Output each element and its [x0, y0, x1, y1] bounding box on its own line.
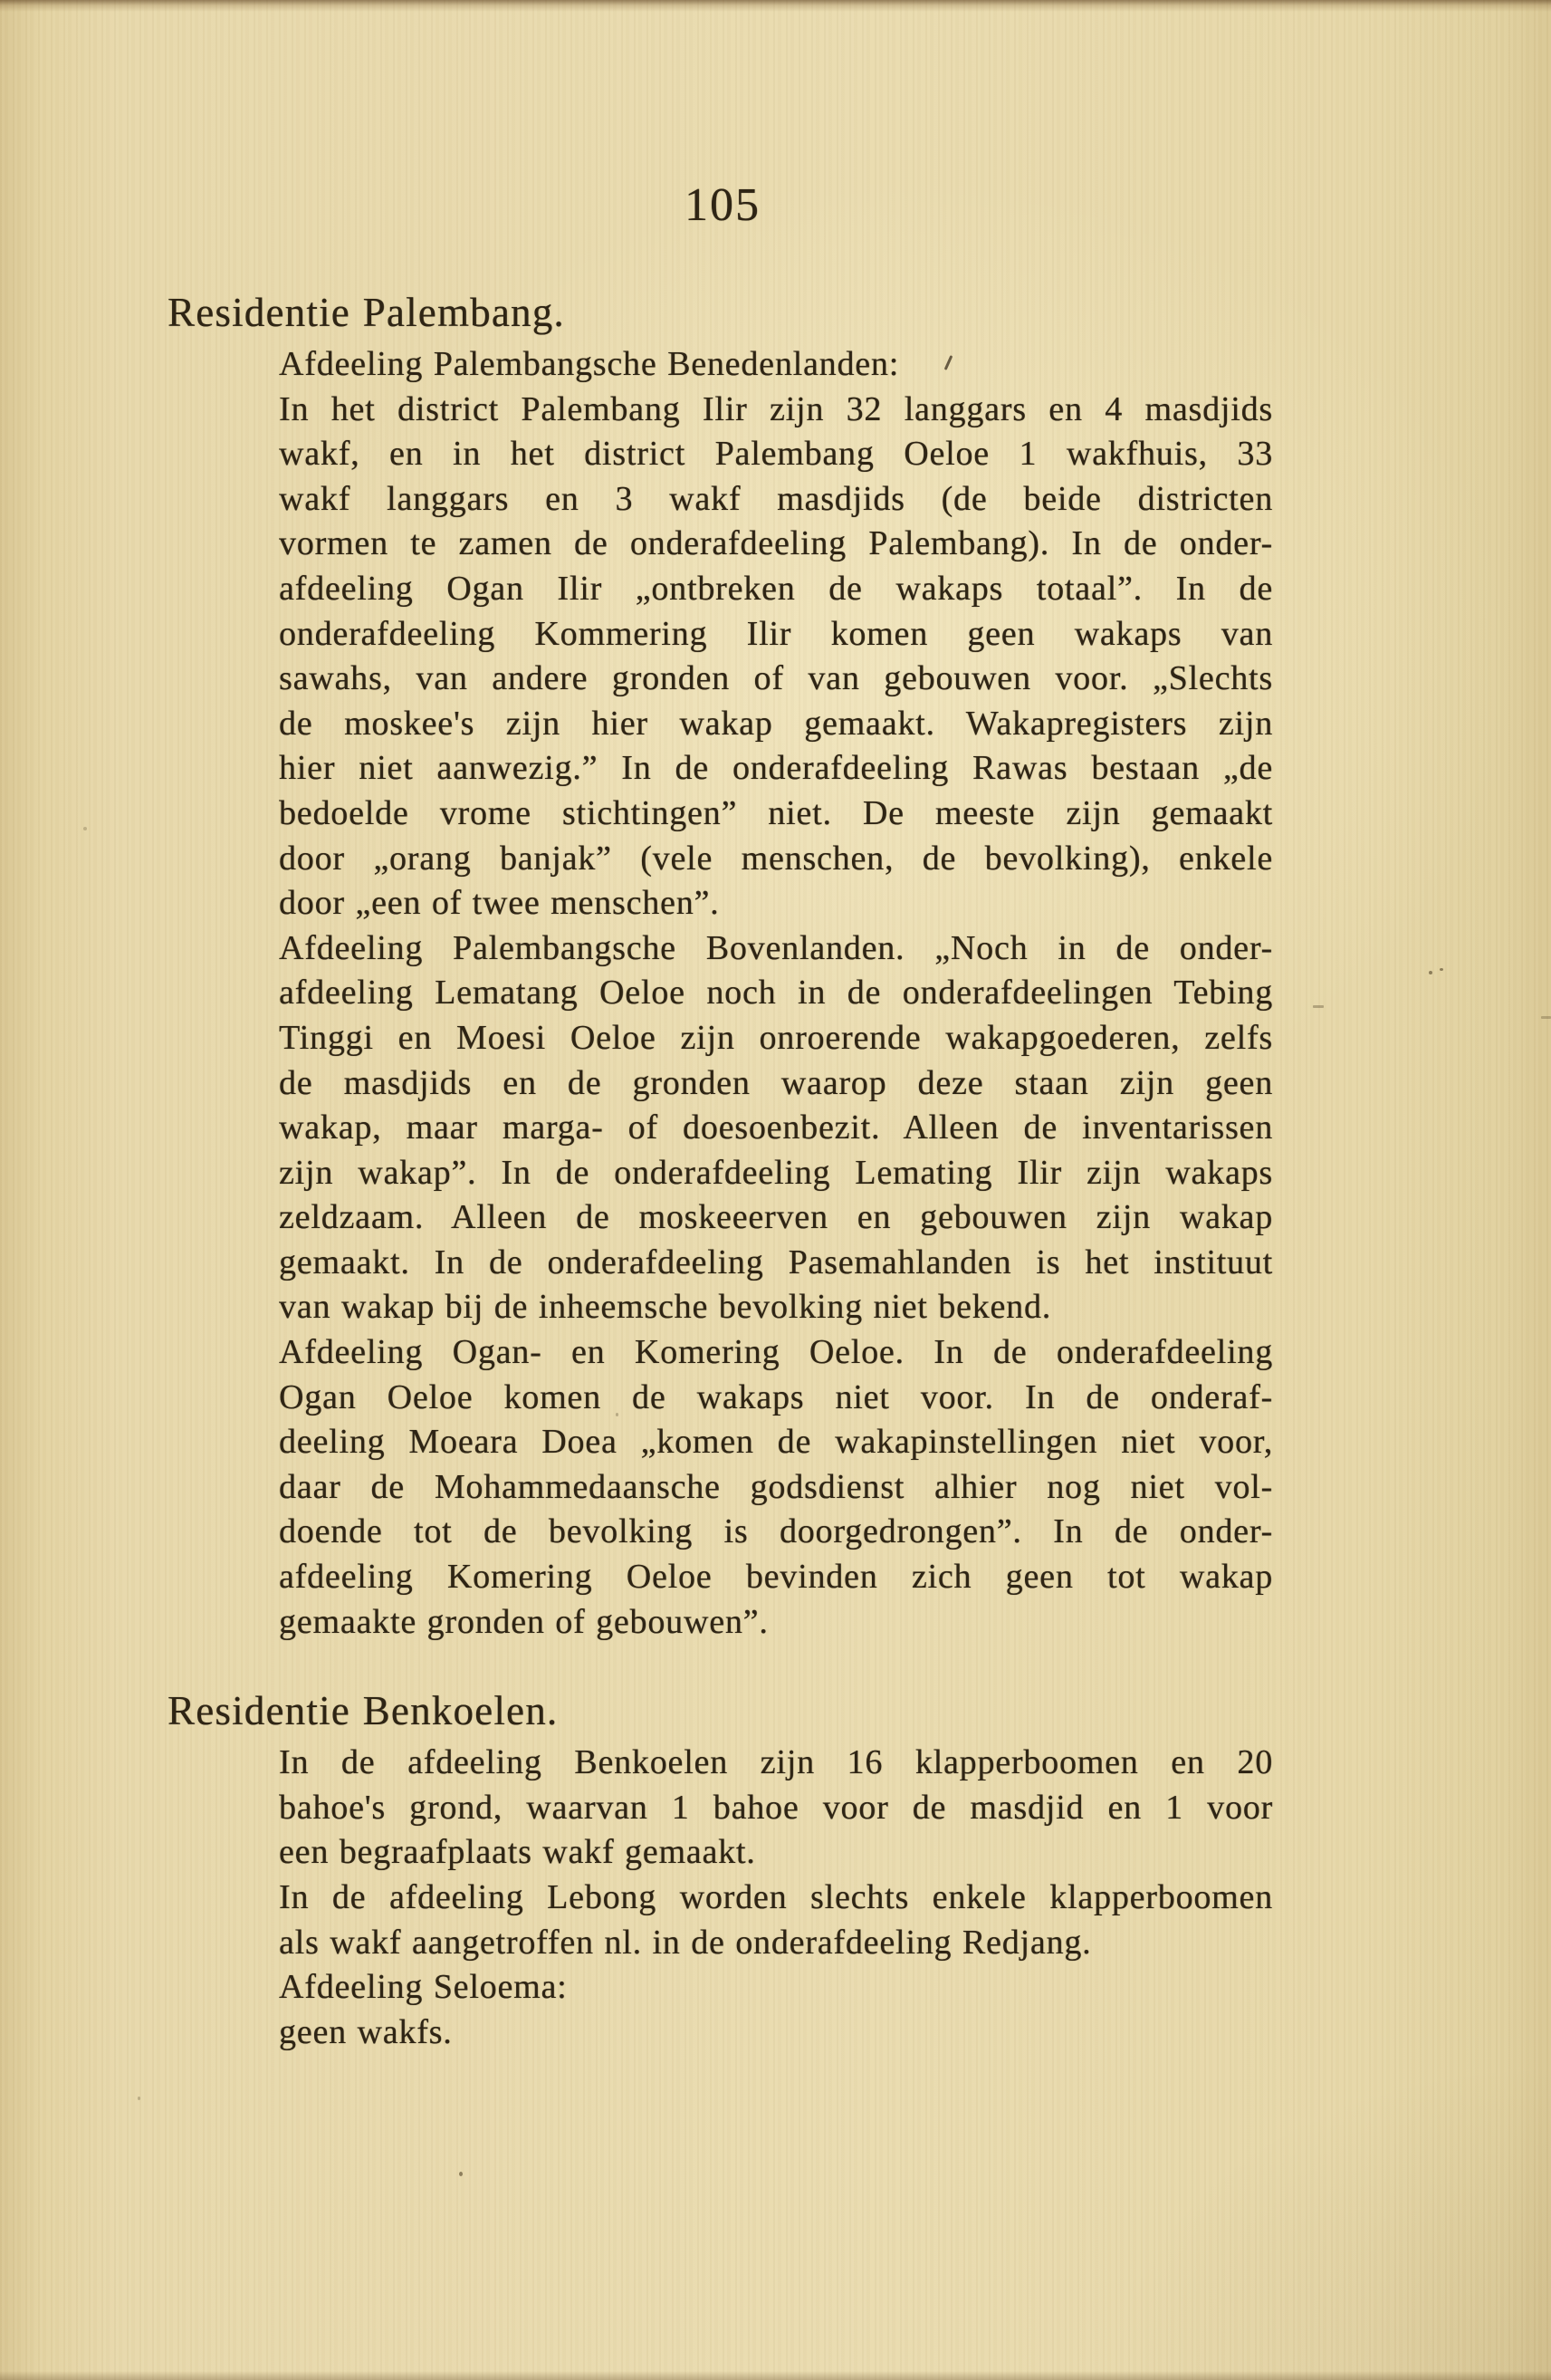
line-text: de masdjids en de gronden waarop deze st… [279, 1064, 1273, 1102]
text-line: bahoe's grond, waarvan 1 bahoe voor de m… [279, 1786, 1273, 1831]
paper-speck [83, 827, 87, 830]
paper-speck [459, 2172, 463, 2176]
paper-speck [138, 2097, 140, 2100]
text-line: afdeeling Lematang Oeloe noch in de onde… [279, 971, 1273, 1016]
line-text: onderafdeeling Kommering Ilir komen geen… [279, 615, 1273, 653]
line-text: geen wakfs. [279, 2013, 453, 2051]
text-line: daar de Mohammedaansche godsdienst alhie… [279, 1465, 1273, 1511]
text-line: geen wakfs. [279, 2011, 1273, 2056]
text-line: 1.In de afdeeling Benkoelen zijn 16 klap… [279, 1741, 1273, 1786]
line-text: afdeeling Lematang Oeloe noch in de onde… [279, 974, 1273, 1012]
text-line: hier niet aanwezig.” In de onderafdeelin… [279, 746, 1273, 792]
line-text: In de afdeeling Lebong worden slechts en… [279, 1878, 1273, 1916]
line-text: de moskee's zijn hier wakap gemaakt. Wak… [279, 705, 1273, 743]
text-line: 3.Afdeeling Seloema: [279, 1965, 1273, 2011]
line-text: daar de Mohammedaansche godsdienst alhie… [279, 1468, 1273, 1506]
line-text: deeling Moeara Doea „komen de wakapinste… [279, 1423, 1273, 1461]
text-line: zeldzaam. Alleen de moskeeerven en gebou… [279, 1195, 1273, 1241]
text-line: 2.Afdeeling Palembangsche Bovenlanden. „… [279, 926, 1273, 972]
line-text: Ogan Oeloe komen de wakaps niet voor. In… [279, 1378, 1273, 1416]
line-text: wakap, maar marga- of doesoenbezit. Alle… [279, 1108, 1273, 1147]
line-text: sawahs, van andere gronden of van gebouw… [279, 659, 1273, 697]
text-line: bedoelde vrome stichtingen” niet. De mee… [279, 792, 1273, 837]
page-text: Residentie Palembang.1.Afdeeling Palemba… [168, 288, 1273, 2055]
line-text: afdeeling Komering Oeloe bevinden zich g… [279, 1558, 1273, 1596]
text-line: als wakf aangetroffen nl. in de onderafd… [279, 1921, 1273, 1966]
text-line: de masdjids en de gronden waarop deze st… [279, 1061, 1273, 1107]
text-line: wakf, en in het district Palembang Oeloe… [279, 432, 1273, 477]
line-text: van wakap bij de inheemsche bevolking ni… [279, 1288, 1051, 1326]
line-text: Tinggi en Moesi Oeloe zijn onroerende wa… [279, 1019, 1273, 1057]
paper-speck [616, 1413, 618, 1416]
section-heading: Residentie Benkoelen. [168, 1686, 1273, 1735]
text-line: gemaakte gronden of gebouwen”. [279, 1600, 1273, 1646]
line-text: bedoelde vrome stichtingen” niet. De mee… [279, 794, 1273, 832]
text-line: doende tot de bevolking is doorgedrongen… [279, 1510, 1273, 1555]
text-line: Ogan Oeloe komen de wakaps niet voor. In… [279, 1376, 1273, 1421]
section: Residentie Benkoelen.1.In de afdeeling B… [168, 1686, 1273, 2055]
numbered-list: 1.In de afdeeling Benkoelen zijn 16 klap… [279, 1741, 1273, 2055]
line-text: doende tot de bevolking is doorgedrongen… [279, 1512, 1273, 1550]
line-text: afdeeling Ogan Ilir „ontbreken de wakaps… [279, 570, 1273, 608]
text-line: 3.Afdeeling Ogan- en Komering Oeloe. In … [279, 1330, 1273, 1376]
text-line: van wakap bij de inheemsche bevolking ni… [279, 1285, 1273, 1330]
line-text: wakf langgars en 3 wakf masdjids (de bei… [279, 480, 1273, 518]
line-text: wakf, en in het district Palembang Oeloe… [279, 435, 1273, 473]
text-line: afdeeling Ogan Ilir „ontbreken de wakaps… [279, 567, 1273, 612]
text-line: 2.In de afdeeling Lebong worden slechts … [279, 1876, 1273, 1921]
line-text: zijn wakap”. In de onderafdeeling Lemati… [279, 1154, 1273, 1192]
text-line: wakap, maar marga- of doesoenbezit. Alle… [279, 1106, 1273, 1151]
line-text: gemaakte gronden of gebouwen”. [279, 1603, 769, 1641]
line-text: zeldzaam. Alleen de moskeeerven en gebou… [279, 1198, 1273, 1236]
scanned-book-page: 105 Residentie Palembang.1.Afdeeling Pal… [0, 0, 1551, 2380]
line-text: bahoe's grond, waarvan 1 bahoe voor de m… [279, 1789, 1273, 1827]
section-heading: Residentie Palembang. [168, 288, 1273, 337]
text-line: 1.Afdeeling Palembangsche Benedenlanden: [279, 342, 1273, 388]
text-line: de moskee's zijn hier wakap gemaakt. Wak… [279, 702, 1273, 747]
text-line: afdeeling Komering Oeloe bevinden zich g… [279, 1555, 1273, 1600]
text-line: een begraafplaats wakf gemaakt. [279, 1830, 1273, 1876]
text-line: door „een of twee menschen”. [279, 881, 1273, 926]
line-text: In het district Palembang Ilir zijn 32 l… [279, 390, 1273, 428]
text-line: Tinggi en Moesi Oeloe zijn onroerende wa… [279, 1016, 1273, 1061]
line-text: Afdeeling Seloema: [279, 1968, 568, 2006]
paper-speck [1440, 968, 1443, 971]
line-text: door „orang banjak” (vele menschen, de b… [279, 840, 1273, 878]
line-text: hier niet aanwezig.” In de onderafdeelin… [279, 749, 1273, 787]
text-line: zijn wakap”. In de onderafdeeling Lemati… [279, 1151, 1273, 1196]
line-text: vormen te zamen de onderafdeeling Palemb… [279, 524, 1273, 562]
text-line: deeling Moeara Doea „komen de wakapinste… [279, 1420, 1273, 1465]
paper-speck [1429, 971, 1432, 974]
text-line: onderafdeeling Kommering Ilir komen geen… [279, 612, 1273, 657]
text-line: gemaakt. In de onderafdeeling Pasemahlan… [279, 1241, 1273, 1286]
line-text: als wakf aangetroffen nl. in de onderafd… [279, 1924, 1091, 1962]
line-text: door „een of twee menschen”. [279, 884, 719, 922]
line-text: In de afdeeling Benkoelen zijn 16 klappe… [279, 1743, 1273, 1781]
text-line: door „orang banjak” (vele menschen, de b… [279, 837, 1273, 882]
numbered-list: 1.Afdeeling Palembangsche Benedenlanden:… [279, 342, 1273, 1645]
section: Residentie Palembang.1.Afdeeling Palemba… [168, 288, 1273, 1645]
line-text: een begraafplaats wakf gemaakt. [279, 1833, 756, 1871]
line-text: Afdeeling Palembangsche Bovenlanden. „No… [279, 929, 1273, 967]
text-line: wakf langgars en 3 wakf masdjids (de bei… [279, 477, 1273, 523]
text-line: vormen te zamen de onderafdeeling Palemb… [279, 522, 1273, 567]
line-text: Afdeeling Palembangsche Benedenlanden: [279, 345, 899, 383]
text-line: In het district Palembang Ilir zijn 32 l… [279, 388, 1273, 433]
page-number: 105 [685, 182, 761, 229]
paper-speck [1313, 1005, 1324, 1008]
paper-speck [1541, 1016, 1551, 1019]
text-line: sawahs, van andere gronden of van gebouw… [279, 657, 1273, 702]
line-text: gemaakt. In de onderafdeeling Pasemahlan… [279, 1243, 1273, 1281]
line-text: Afdeeling Ogan- en Komering Oeloe. In de… [279, 1333, 1273, 1371]
